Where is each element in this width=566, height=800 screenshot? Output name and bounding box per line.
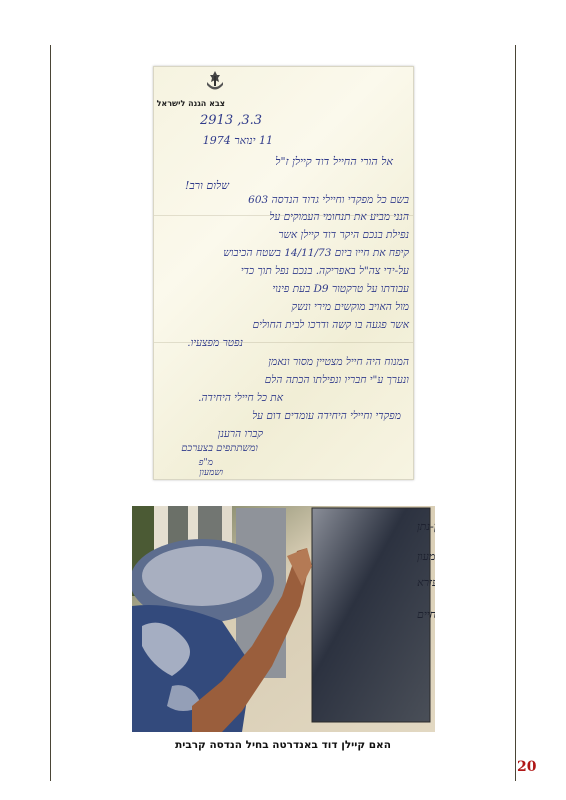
letter-line: הנני מביע את תנחומי העמוקים על [269, 211, 409, 223]
letter-line: אל הורי החייל דוד קיילן ז"ל [275, 155, 393, 168]
plaque-name: עמרם בן שמעון [417, 550, 435, 563]
idf-emblem-icon [204, 70, 226, 92]
letter-signature: ומשתתפים בצערכם [181, 443, 258, 454]
letter-line: שלום ורב! [185, 179, 229, 192]
letter-line: קברו הרענן [218, 428, 263, 440]
photo-caption: האם קיילן דוד באנדרטה בחיל הנדסה קרבית [0, 739, 566, 751]
letter-signature: ושמעון [199, 467, 223, 478]
letter-line: נפילת בנכם היקר דוד קיילן אשר [278, 229, 409, 241]
letter-line: בשם כל מפקדי וחיילי גדוד הנדסה 603 [248, 194, 409, 206]
letter-line: נפטר מפצעיו. [187, 337, 243, 349]
memorial-photo: אהוד בן-נתן עמרם בן שמעון חיים בן-עזרא י… [132, 506, 435, 732]
plaque-name: יוסף בן-חיים [417, 608, 435, 621]
letter-line: אשר פגעה בו קשה ודרכו לבית החולים [253, 319, 409, 331]
reference-number: 2913 ,3.3 [200, 113, 262, 128]
letter-line: מפקדי וחיילי היחידה עומדים דום על [252, 410, 401, 422]
memorial-photo-image: אהוד בן-נתן עמרם בן שמעון חיים בן-עזרא י… [132, 506, 435, 732]
letterhead: צבא הגנה לישראל [157, 99, 225, 108]
letter-line: את כל חיילי היחידה. [198, 392, 283, 404]
letter-line: קיפח את חייו ביום 14/11/73 בשטח הכיבוש [223, 247, 409, 259]
plaque-name: אהוד בן-נתן [417, 520, 435, 533]
letter-line: עבודתו על טרקטור D9 בעת פינוי [272, 283, 409, 295]
letter-scan: צבא הגנה לישראל 2913 ,3.3 11 ינואר 1974 … [153, 66, 414, 480]
page-border-left [50, 45, 51, 781]
letter-line: מול האויב מוקשים מירי ונשק [292, 301, 409, 313]
page-number: 20 [517, 759, 536, 775]
letter-date: 11 ינואר 1974 [203, 134, 273, 147]
page-border-right [515, 45, 516, 781]
plaque-name: חיים בן-עזרא [417, 576, 435, 589]
letter-line: ונערך ע"י חבריו ונפילתו הכתה הלם [265, 374, 409, 386]
letter-line: המנוח היה חייל מצטיין מסור ונאמן [268, 356, 409, 368]
letter-line: על-ידי צה"ל באפריקה. בנכם נפל תוך כדי [241, 265, 409, 277]
